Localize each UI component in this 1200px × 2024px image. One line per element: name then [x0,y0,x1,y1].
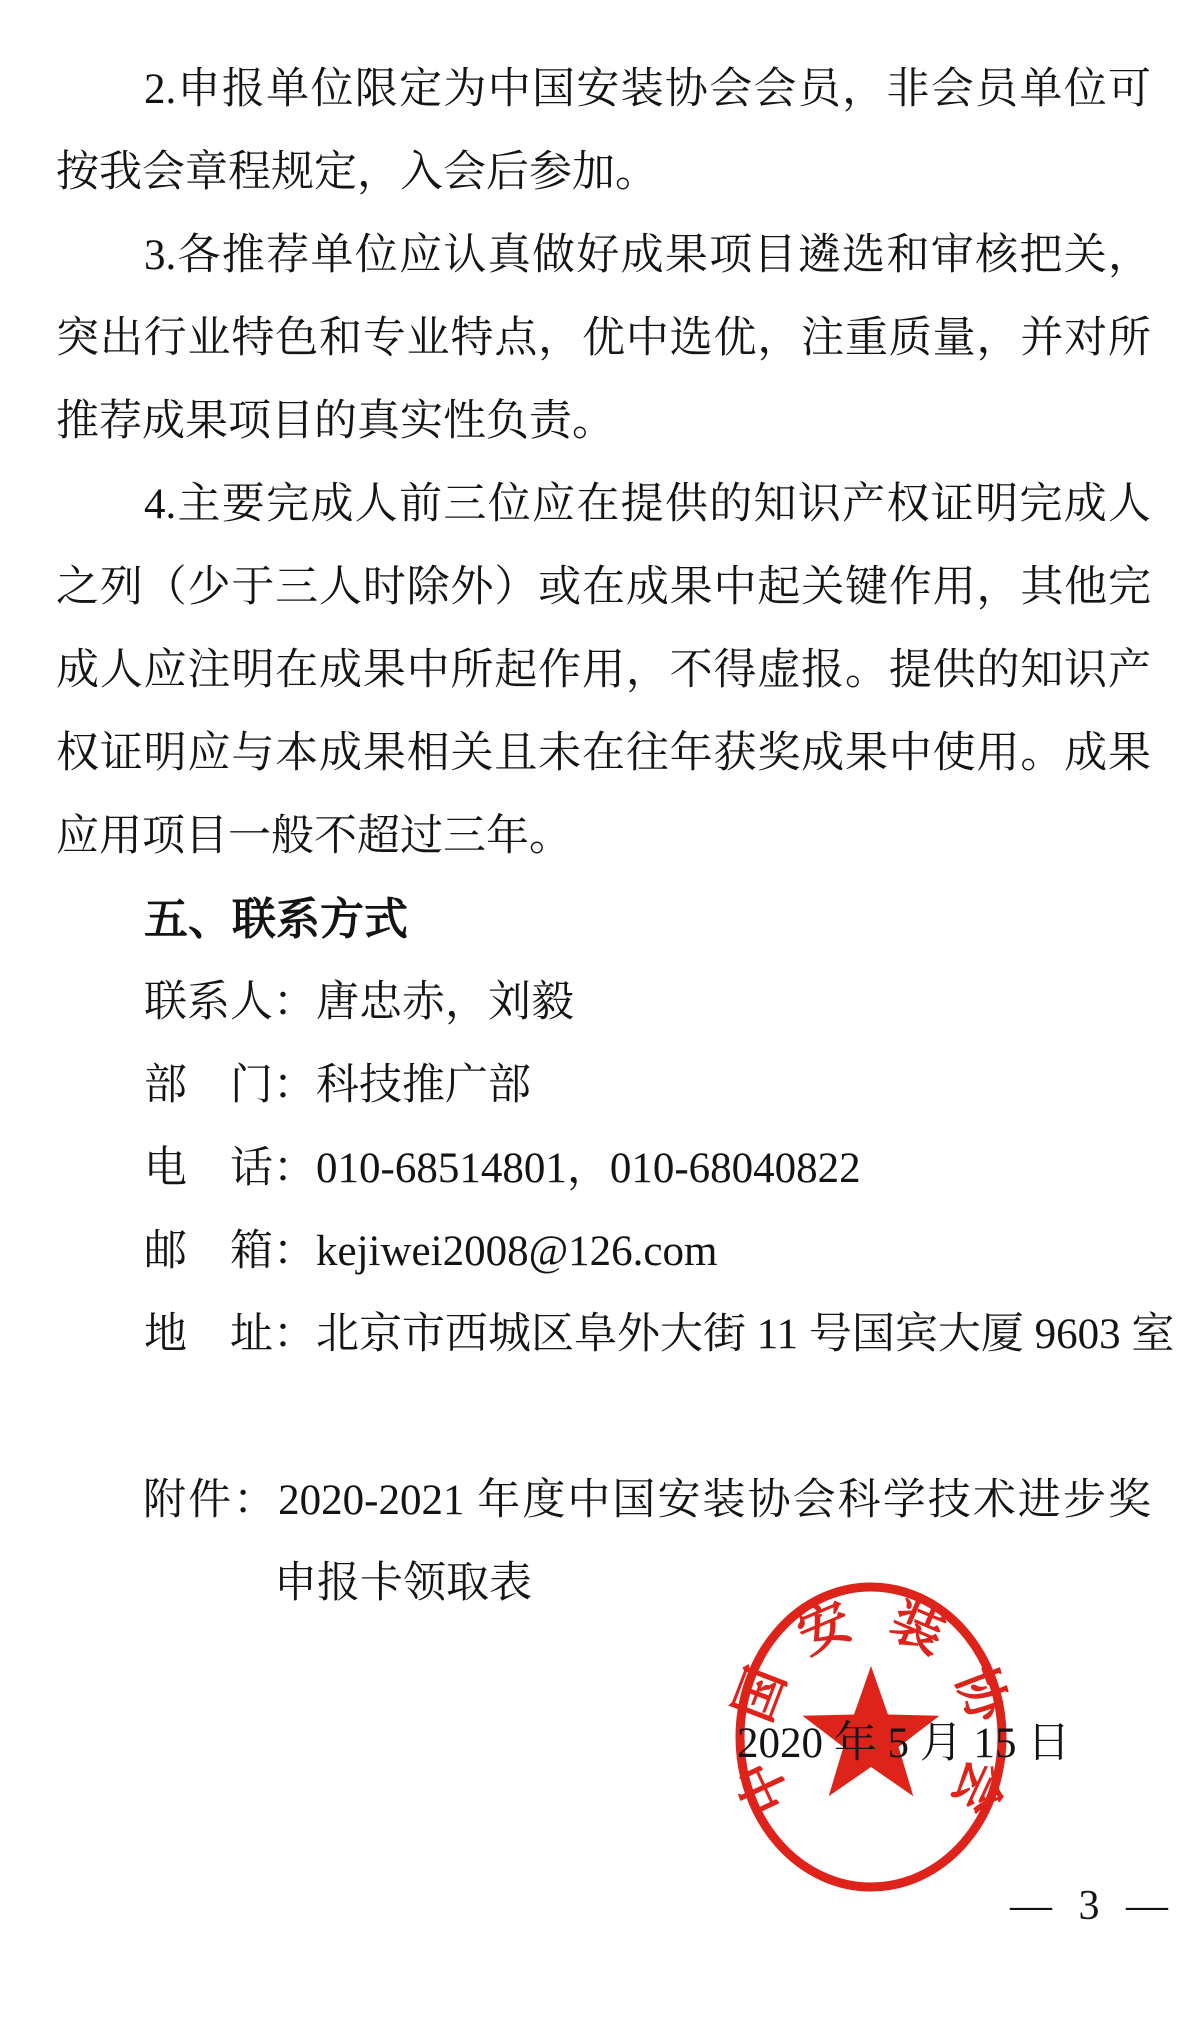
seal-char-zhuang: 装 [882,1591,953,1665]
attachment-label: 附件： [143,1477,278,1524]
department-value: 科技推广部 [316,1062,531,1109]
seal-char-an: 安 [790,1591,861,1665]
document-body: 2.申报单位限定为中国安装协会会员，非会员单位可按我会章程规定，入会后参加。 3… [56,48,1151,1625]
contact-person-label: 联系人： [144,979,316,1026]
page-number: — 3 — [1010,1882,1176,1930]
section-heading-contact: 五、联系方式 [56,878,1151,961]
clause-4: 4.主要完成人前三位应在提供的知识产权证明完成人之列（少于三人时除外）或在成果中… [56,463,1151,878]
phone-line: 电 话：010-68514801，010-68040822 [56,1127,1151,1210]
clause-2: 2.申报单位限定为中国安装协会会员，非会员单位可按我会章程规定，入会后参加。 [56,48,1151,214]
phone-label: 电 话： [144,1145,316,1192]
department-label: 部 门： [144,1062,316,1109]
attachment-text: 2020-2021 年度中国安装协会科学技术进步奖申报卡领取表 [274,1477,1151,1607]
clause-3: 3.各推荐单位应认真做好成果项目遴选和审核把关，突出行业特色和专业特点，优中选优… [56,214,1151,463]
address-value: 北京市西城区阜外大街 11 号国宾大厦 9603 室 [316,1311,1174,1358]
contact-person-line: 联系人：唐忠赤，刘毅 [56,961,1151,1044]
phone-value: 010-68514801，010-68040822 [316,1145,861,1192]
department-line: 部 门：科技推广部 [56,1044,1151,1127]
address-line: 地 址：北京市西城区阜外大街 11 号国宾大厦 9603 室 [56,1293,1151,1376]
email-line: 邮 箱：kejiwei2008@126.com [56,1210,1151,1293]
document-date: 2020 年 5 月 15 日 [737,1719,1070,1769]
email-label: 邮 箱： [144,1228,316,1275]
address-label: 地 址： [144,1311,316,1358]
contact-person-value: 唐忠赤，刘毅 [316,979,574,1026]
email-value: kejiwei2008@126.com [316,1228,717,1275]
document-page: 2.申报单位限定为中国安装协会会员，非会员单位可按我会章程规定，入会后参加。 3… [0,0,1200,2024]
